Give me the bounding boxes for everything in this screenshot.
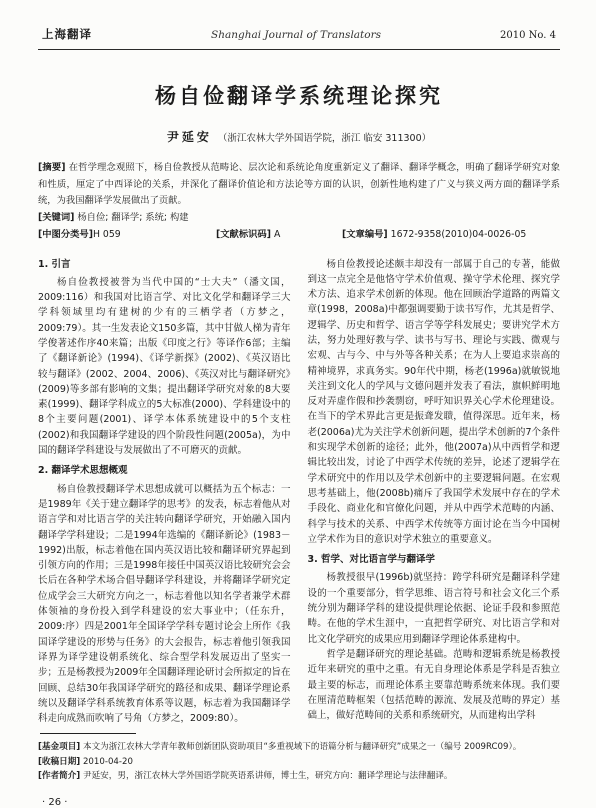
author-line: 尹延安（浙江农林大学外国语学院，浙江 临安 311300） [38,128,560,145]
section-1-paragraph: 杨自俭教授被誉为当代中国的“士大夫”（潘文国，2009:116）和我国对比语言学… [38,275,291,459]
left-column: 1. 引言 杨自俭教授被誉为当代中国的“士大夫”（潘文国，2009:116）和我… [38,257,291,727]
section-3-paragraph-2: 哲学是翻译研究的理论基础。范畴和逻辑系统是杨教授近年来研究的重中之重。有无自身理… [308,647,561,723]
article-id-segment: [文章编号] 1672-9358(2010)04-0026-05 [342,227,560,244]
author-name: 尹延安 [167,130,212,144]
doc-code-segment: [文献标识码] A [216,227,342,244]
section-1-heading: 1. 引言 [38,257,291,272]
abstract-label: [摘要] [38,162,66,173]
clc-segment: [中图分类号]H 059 [38,227,216,244]
clc-value: H 059 [93,229,121,240]
identifier-row: [中图分类号]H 059 [文献标识码] A [文章编号] 1672-9358(… [38,227,560,244]
right-column-paragraph-1: 杨自俭教授论述颇丰却没有一部属于自己的专著，能做到这一点完全是他恪守学术价值观、… [308,257,561,548]
received-date-label: [收稿日期] [38,757,80,767]
clc-label: [中图分类号] [38,229,93,240]
section-2-heading: 2. 翻译学术思想概观 [38,463,291,478]
running-header: 上海翻译 Shanghai Journal of Translators 201… [38,26,560,50]
footnotes: [基金项目] 本文为浙江农林大学青年教师创新团队资助项目“多重视域下的语篇分析与… [38,740,560,784]
article-id-label: [文章编号] [342,229,388,240]
article-id-value: 1672-9358(2010)04-0026-05 [391,229,527,240]
keywords-text: 杨自俭; 翻译学; 系统; 构建 [77,212,188,223]
keywords: [关键词] 杨自俭; 翻译学; 系统; 构建 [38,210,560,227]
section-3-heading: 3. 哲学、对比语言学与翻译学 [308,552,561,567]
author-bio-note: [作者简介] 尹延安，男，浙江农林大学外国语学院英语系讲师，博士生，研究方向：翻… [38,769,560,784]
issue-number: 2010 No. 4 [500,30,556,41]
doc-code-label: [文献标识码] [216,229,271,240]
fund-project-note: [基金项目] 本文为浙江农林大学青年教师创新团队资助项目“多重视域下的语篇分析与… [38,740,560,755]
section-3-paragraph-1: 杨教授很早(1996b)就坚持：跨学科研究是翻译科学建设的一个重要部分，哲学思维… [308,570,561,646]
right-column: 杨自俭教授论述颇丰却没有一部属于自己的专著，能做到这一点完全是他恪守学术价值观、… [308,257,561,727]
paper-title: 杨自俭翻译学系统理论探究 [38,80,560,110]
author-bio-label: [作者简介] [38,771,80,781]
journal-name-en: Shanghai Journal of Translators [211,29,381,41]
fund-project-text: 本文为浙江农林大学青年教师创新团队资助项目“多重视域下的语篇分析与翻译研究”成果… [83,742,521,752]
abstract-text: 在哲学理念观照下，杨自俭教授从范畴论、层次论和系统论角度重新定义了翻译、翻译学概… [38,162,560,206]
abstract: [摘要] 在哲学理念观照下，杨自俭教授从范畴论、层次论和系统论角度重新定义了翻译… [38,160,560,210]
journal-name-cn: 上海翻译 [42,26,92,42]
received-date-text: 2010-04-20 [83,757,133,767]
body-columns: 1. 引言 杨自俭教授被誉为当代中国的“士大夫”（潘文国，2009:116）和我… [38,257,560,727]
page-number: · 26 · [38,797,560,808]
meta-block: [摘要] 在哲学理念观照下，杨自俭教授从范畴论、层次论和系统论角度重新定义了翻译… [38,160,560,244]
doc-code-value: A [274,229,280,240]
fund-project-label: [基金项目] [38,742,80,752]
section-2-paragraph: 杨自俭教授翻译学术思想成就可以概括为五个标志：一是1989年《关于建立翻译学的思… [38,482,291,727]
received-date-note: [收稿日期] 2010-04-20 [38,755,560,770]
footnote-rule [40,733,136,734]
author-bio-text: 尹延安，男，浙江农林大学外国语学院英语系讲师，博士生，研究方向：翻译学理论与法律… [83,771,453,781]
author-affiliation: （浙江农林大学外国语学院，浙江 临安 311300） [218,133,431,144]
journal-page: 上海翻译 Shanghai Journal of Translators 201… [0,0,596,808]
keywords-label: [关键词] [38,212,74,223]
